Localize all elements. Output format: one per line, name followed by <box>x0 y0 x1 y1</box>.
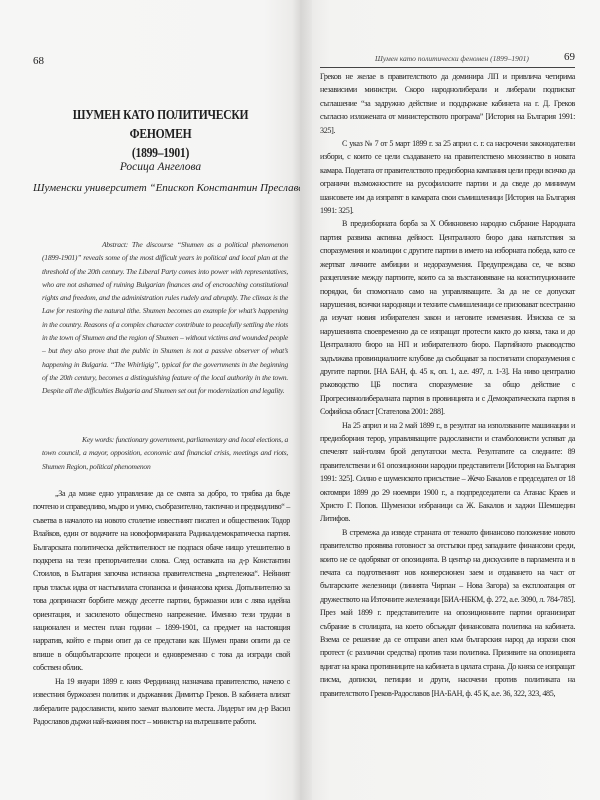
abstract-text: Abstract: The discourse “Shumen as a pol… <box>42 238 288 398</box>
keywords: Key words: functionary government, parli… <box>42 433 288 473</box>
body-paragraph: В стремежа да изведе страната от тежкото… <box>320 526 575 700</box>
book-spread: 68 ШУМЕН КАТО ПОЛИТИЧЕСКИ ФЕНОМЕН (1899–… <box>0 0 600 800</box>
page-number: 69 <box>564 51 575 63</box>
left-body-text: „За да може едно управление да се смята … <box>33 487 290 728</box>
right-body-text: Греков не желае в правителството да доми… <box>320 70 575 700</box>
body-paragraph: Греков не желае в правителството да доми… <box>320 70 575 137</box>
article-title: ШУМЕН КАТО ПОЛИТИЧЕСКИ ФЕНОМЕН (1899–190… <box>51 105 270 162</box>
abstract: Abstract: The discourse “Shumen as a pol… <box>42 238 288 398</box>
article-title-main: ШУМЕН КАТО ПОЛИТИЧЕСКИ ФЕНОМЕН <box>51 105 270 143</box>
keywords-text: Key words: functionary government, parli… <box>42 433 288 473</box>
running-header: Шумен като политически феномен (1899–190… <box>320 51 575 68</box>
author-name: Росица Ангелова <box>33 161 288 173</box>
author-affiliation: Шуменски университет “Епископ Константин… <box>33 182 288 194</box>
article-title-years: (1899–1901) <box>51 143 270 162</box>
running-header-title: Шумен като политически феномен (1899–190… <box>375 54 529 63</box>
body-paragraph: С указ № 7 от 5 март 1899 г. за 25 април… <box>320 137 575 217</box>
body-paragraph: На 25 април и на 2 май 1899 г., в резулт… <box>320 419 575 526</box>
body-paragraph: В предизборната борба за Х Обикновено на… <box>320 217 575 418</box>
body-paragraph: „За да може едно управление да се смята … <box>33 487 290 675</box>
body-paragraph: На 19 януари 1899 г. княз Фердинанд назн… <box>33 675 290 729</box>
left-page: 68 ШУМЕН КАТО ПОЛИТИЧЕСКИ ФЕНОМЕН (1899–… <box>0 0 300 800</box>
page-number: 68 <box>33 55 44 67</box>
